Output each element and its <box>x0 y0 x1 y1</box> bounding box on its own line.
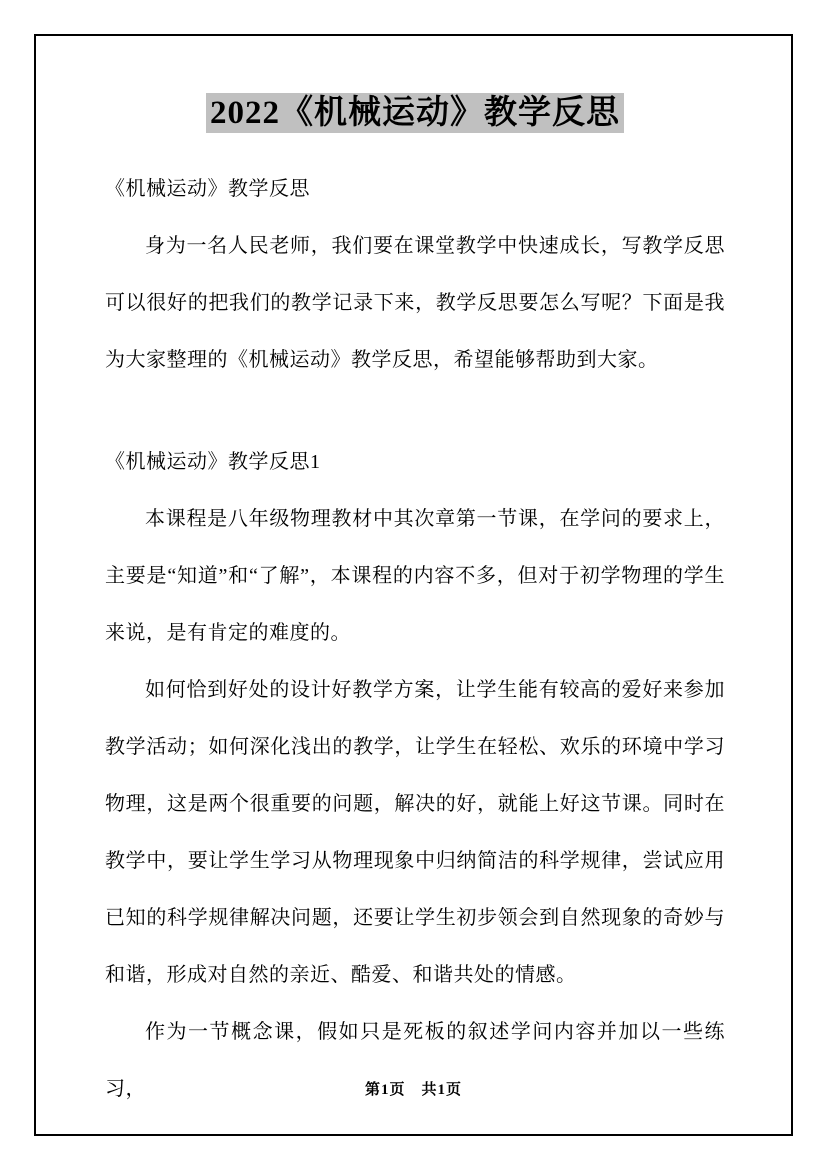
title-highlight: 2022《机械运动》教学反思 <box>206 93 624 133</box>
footer-page-number: 第1页 共1页 <box>0 1080 827 1100</box>
body-paragraph: 作为一节概念课，假如只是死板的叙述学问内容并加以一些练习， <box>105 1004 725 1118</box>
section-heading-paragraph: 《机械运动》教学反思1 <box>105 434 725 491</box>
document-page: 2022《机械运动》教学反思 《机械运动》教学反思 身为一名人民老师，我们要在课… <box>0 0 827 1170</box>
body-paragraph: 本课程是八年级物理教材中其次章第一节课，在学问的要求上，主要是“知道”和“了解”… <box>105 491 725 662</box>
body-paragraph: 如何恰到好处的设计好教学方案，让学生能有较高的爱好来参加教学活动；如何深化浅出的… <box>105 662 725 1004</box>
document-title: 2022《机械运动》教学反思 <box>105 92 725 135</box>
subtitle-paragraph: 《机械运动》教学反思 <box>105 161 725 218</box>
body-paragraph: 身为一名人民老师，我们要在课堂教学中快速成长，写教学反思可以很好的把我们的教学记… <box>105 218 725 389</box>
document-content: 2022《机械运动》教学反思 《机械运动》教学反思 身为一名人民老师，我们要在课… <box>105 92 725 1118</box>
